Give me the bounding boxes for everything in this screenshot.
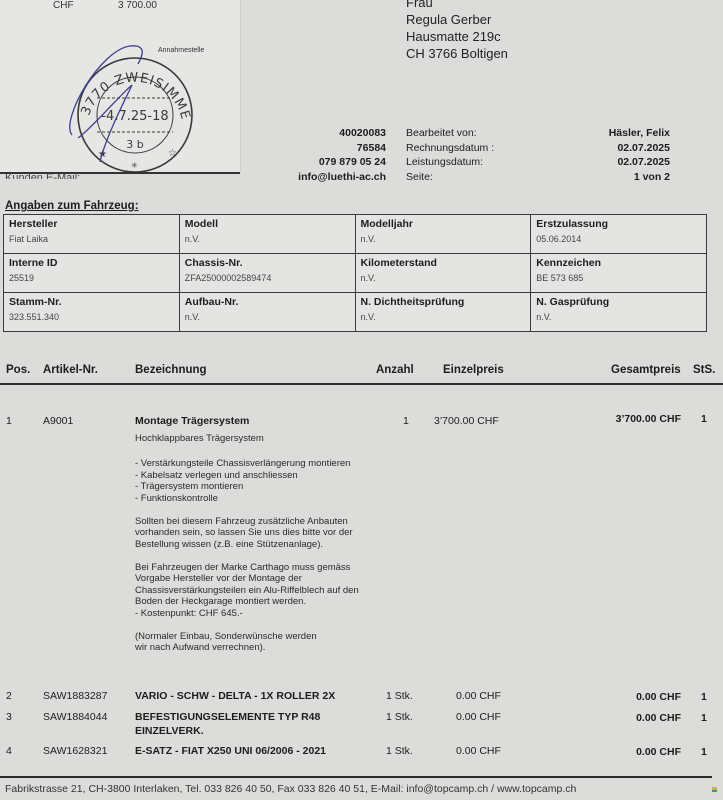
invoice-meta-values: Häsler, Felix 02.07.2025 02.07.2025 1 vo… bbox=[609, 126, 670, 184]
item-article: SAW1883287 bbox=[43, 690, 107, 702]
col-header-article: Artikel-Nr. bbox=[43, 364, 98, 376]
item-unit-price: 0.00 CHF bbox=[456, 711, 501, 723]
page-number: 1 von 2 bbox=[609, 170, 670, 185]
invoice-date: 02.07.2025 bbox=[609, 141, 670, 156]
slip-currency: CHF bbox=[53, 0, 74, 11]
vehicle-field-label: Erstzulassung bbox=[536, 218, 701, 230]
processed-by: Häsler, Felix bbox=[609, 126, 670, 141]
item-unit-price: 3’700.00 CHF bbox=[434, 415, 499, 427]
vehicle-cell: Stamm-Nr.323.551.340 bbox=[4, 293, 180, 332]
item-sts: 1 bbox=[701, 712, 707, 724]
meta-label: Bearbeitet von: bbox=[406, 126, 494, 141]
vehicle-field-value: Fiat Laika bbox=[9, 234, 174, 244]
color-mark-icon bbox=[712, 787, 717, 792]
meta-label: Seite: bbox=[406, 170, 494, 185]
vehicle-cell: Aufbau-Nr.n.V. bbox=[179, 293, 355, 332]
vehicle-cell: N. Gasprüfungn.V. bbox=[531, 293, 707, 332]
vehicle-field-value: n.V. bbox=[361, 234, 526, 244]
vehicle-cell: HerstellerFiat Laika bbox=[4, 215, 180, 254]
item-details: - Verstärkungsteile Chassisverlängerung … bbox=[135, 458, 359, 654]
vehicle-row: HerstellerFiat LaikaModelln.V.Modelljahr… bbox=[4, 215, 707, 254]
vehicle-field-value: n.V. bbox=[185, 234, 350, 244]
item-pos: 4 bbox=[6, 745, 12, 757]
item-total: 3’700.00 CHF bbox=[616, 413, 681, 425]
vehicle-field-label: Interne ID bbox=[9, 257, 174, 269]
vehicle-field-value: n.V. bbox=[536, 312, 701, 322]
item-article: SAW1628321 bbox=[43, 745, 107, 757]
vehicle-field-value: ZFA25000002589474 bbox=[185, 273, 350, 283]
item-total: 0.00 CHF bbox=[636, 712, 681, 724]
vehicle-field-label: Modelljahr bbox=[361, 218, 526, 230]
vehicle-field-label: N. Gasprüfung bbox=[536, 296, 701, 308]
col-header-unit-price: Einzelpreis bbox=[443, 364, 504, 376]
vehicle-cell: Modelljahrn.V. bbox=[355, 215, 531, 254]
item-unit-price: 0.00 CHF bbox=[456, 745, 501, 757]
item-unit-price: 0.00 CHF bbox=[456, 690, 501, 702]
item-qty: 1 Stk. bbox=[386, 690, 413, 702]
vehicle-field-value: 05.06.2014 bbox=[536, 234, 701, 244]
vehicle-field-value: n.V. bbox=[185, 312, 350, 322]
vehicle-field-label: Kennzeichen bbox=[536, 257, 701, 269]
col-header-total: Gesamtpreis bbox=[611, 364, 681, 376]
customer-number: 76584 bbox=[240, 141, 386, 156]
vehicle-row: Stamm-Nr.323.551.340Aufbau-Nr.n.V.N. Dic… bbox=[4, 293, 707, 332]
vehicle-field-label: Modell bbox=[185, 218, 350, 230]
vehicle-field-value: 25519 bbox=[9, 273, 174, 283]
postal-stamp-icon: 3770 ZWEISIMMEN -4.7.25-18 3 b ★ ☆ ✳ bbox=[60, 40, 210, 175]
item-total: 0.00 CHF bbox=[636, 691, 681, 703]
vehicle-section-title: Angaben zum Fahrzeug: bbox=[5, 200, 139, 212]
col-header-description: Bezeichnung bbox=[135, 364, 207, 376]
vehicle-field-value: n.V. bbox=[361, 273, 526, 283]
vehicle-field-label: Kilometerstand bbox=[361, 257, 526, 269]
item-pos: 1 bbox=[6, 415, 12, 427]
company-footer: Fabrikstrasse 21, CH-3800 Interlaken, Te… bbox=[5, 783, 576, 795]
vehicle-cell: Erstzulassung05.06.2014 bbox=[531, 215, 707, 254]
vehicle-field-value: n.V. bbox=[361, 312, 526, 322]
vehicle-cell: KennzeichenBE 573 685 bbox=[531, 254, 707, 293]
vehicle-field-label: Hersteller bbox=[9, 218, 174, 230]
item-title: VARIO - SCHW - DELTA - 1X ROLLER 2X bbox=[135, 690, 335, 702]
col-header-pos: Pos. bbox=[6, 364, 30, 376]
vehicle-field-value: BE 573 685 bbox=[536, 273, 701, 283]
contact-phone: 079 879 05 24 bbox=[240, 155, 386, 170]
contact-email: info@luethi-ac.ch bbox=[240, 170, 386, 185]
vehicle-row: Interne ID25519Chassis-Nr.ZFA25000002589… bbox=[4, 254, 707, 293]
contact-block: 40020083 76584 079 879 05 24 info@luethi… bbox=[240, 126, 386, 184]
vehicle-field-value: 323.551.340 bbox=[9, 312, 174, 322]
recipient-name: Regula Gerber bbox=[406, 11, 508, 28]
svg-text:☆: ☆ bbox=[168, 148, 177, 159]
svg-text:✳: ✳ bbox=[131, 161, 138, 170]
recipient-city: CH 3766 Boltigen bbox=[406, 45, 508, 62]
meta-label: Leistungsdatum: bbox=[406, 155, 494, 170]
kunden-email-label: Kunden E-Mail: bbox=[5, 171, 80, 179]
stamp-date: -4.7.25-18 bbox=[101, 109, 168, 124]
vehicle-field-label: N. Dichtheitsprüfung bbox=[361, 296, 526, 308]
vehicle-cell: N. Dichtheitsprüfungn.V. bbox=[355, 293, 531, 332]
item-title: BEFESTIGUNGSELEMENTE TYP R48 bbox=[135, 711, 320, 723]
item-subtitle: Hochklappbares Trägersystem bbox=[135, 433, 264, 445]
item-title-line2: EINZELVERK. bbox=[135, 725, 204, 737]
footer-divider bbox=[0, 776, 712, 778]
slip-amount: 3 700.00 bbox=[118, 0, 157, 11]
vehicle-info-table: HerstellerFiat LaikaModelln.V.Modelljahr… bbox=[3, 214, 707, 332]
vehicle-cell: Interne ID25519 bbox=[4, 254, 180, 293]
item-sts: 1 bbox=[701, 691, 707, 703]
col-header-sts: StS. bbox=[693, 364, 715, 376]
item-sts: 1 bbox=[701, 746, 707, 758]
vehicle-field-label: Stamm-Nr. bbox=[9, 296, 174, 308]
recipient-salutation: Frau bbox=[406, 0, 508, 11]
item-total: 0.00 CHF bbox=[636, 746, 681, 758]
vehicle-cell: Modelln.V. bbox=[179, 215, 355, 254]
item-qty: 1 Stk. bbox=[386, 711, 413, 723]
header-divider bbox=[0, 383, 723, 385]
item-article: A9001 bbox=[43, 415, 73, 427]
contact-number: 40020083 bbox=[240, 126, 386, 141]
meta-label: Rechnungsdatum : bbox=[406, 141, 494, 156]
vehicle-cell: Kilometerstandn.V. bbox=[355, 254, 531, 293]
col-header-qty: Anzahl bbox=[376, 364, 414, 376]
recipient-street: Hausmatte 219c bbox=[406, 28, 508, 45]
vehicle-field-label: Chassis-Nr. bbox=[185, 257, 350, 269]
item-qty: 1 Stk. bbox=[386, 745, 413, 757]
recipient-address: Frau Regula Gerber Hausmatte 219c CH 376… bbox=[406, 0, 508, 62]
item-article: SAW1884044 bbox=[43, 711, 107, 723]
item-pos: 2 bbox=[6, 690, 12, 702]
service-date: 02.07.2025 bbox=[609, 155, 670, 170]
vehicle-field-label: Aufbau-Nr. bbox=[185, 296, 350, 308]
stamp-code: 3 b bbox=[126, 138, 143, 151]
vehicle-cell: Chassis-Nr.ZFA25000002589474 bbox=[179, 254, 355, 293]
item-sts: 1 bbox=[701, 413, 707, 425]
item-qty: 1 bbox=[403, 415, 409, 427]
item-pos: 3 bbox=[6, 711, 12, 723]
item-title: E-SATZ - FIAT X250 UNI 06/2006 - 2021 bbox=[135, 745, 326, 757]
item-title: Montage Trägersystem bbox=[135, 415, 249, 427]
invoice-meta-labels: Bearbeitet von: Rechnungsdatum : Leistun… bbox=[406, 126, 494, 184]
